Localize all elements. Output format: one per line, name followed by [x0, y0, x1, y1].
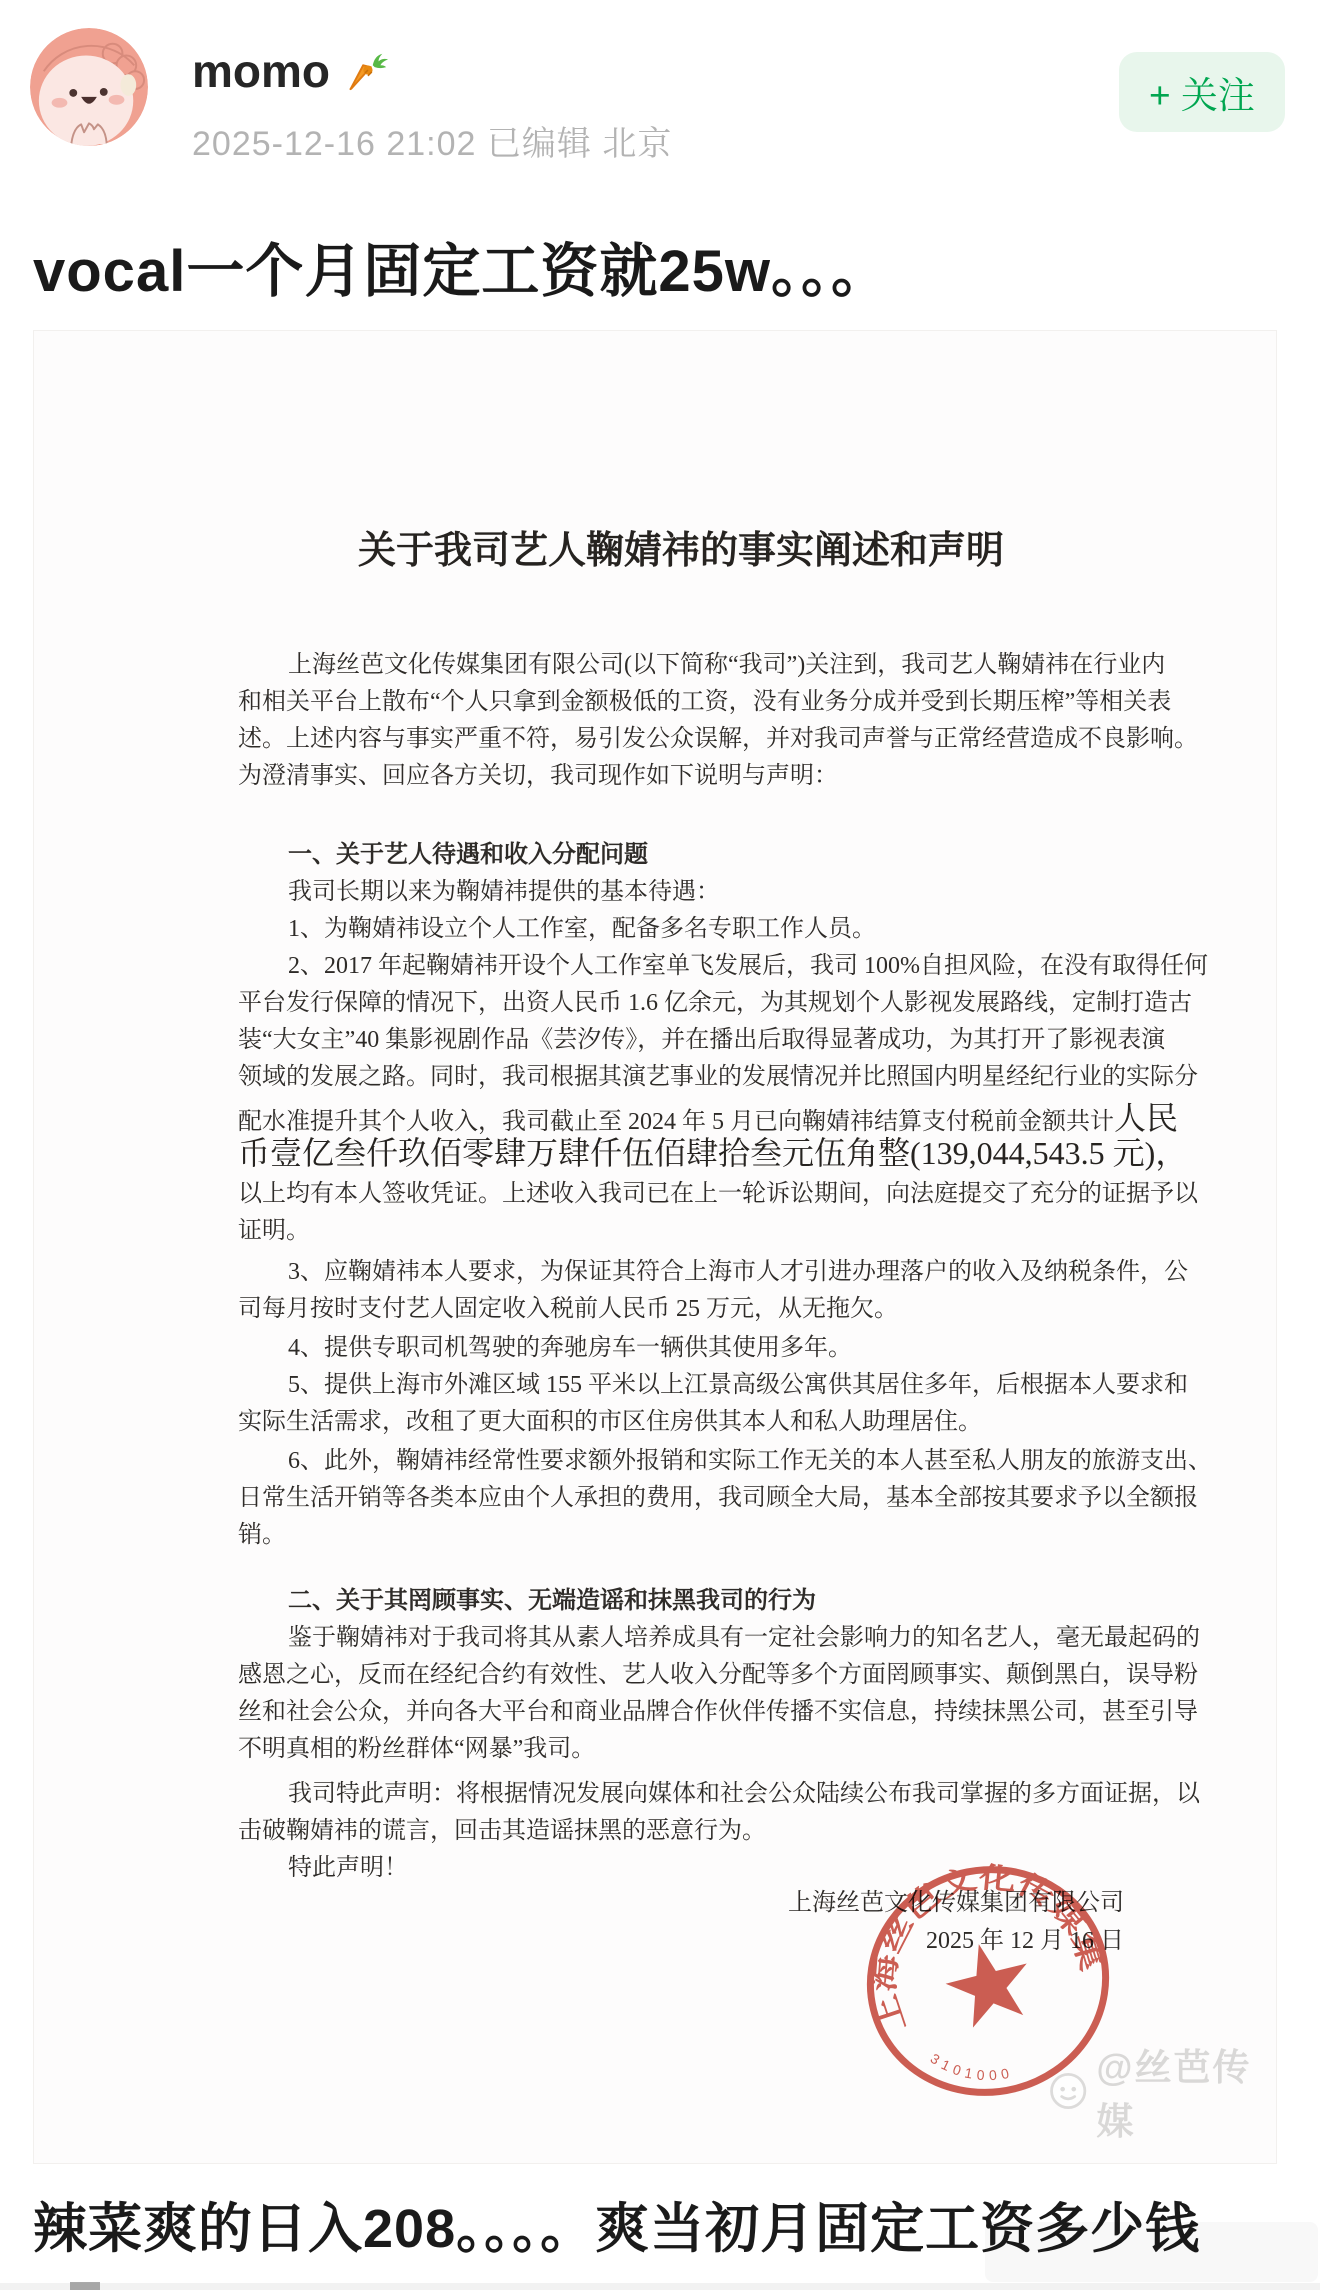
faded-watermark-ghost — [985, 2222, 1318, 2282]
doc-line: 4、提供专职司机驾驶的奔驰房车一辆供其使用多年。 — [238, 1336, 1124, 1360]
watermark-text: @丝芭传媒 — [1096, 2037, 1276, 2145]
seal-star — [938, 1934, 1038, 2031]
doc-line-emphasis: 人民 — [1114, 1100, 1178, 1136]
weibo-post-page: momo 2025-12-16 21:02 已编辑 北京 + 关注 vocal一… — [0, 0, 1320, 2290]
doc-line: 以上均有本人签收凭证。上述收入我司已在上一轮诉讼期间，向法庭提交了充分的证据予以 — [238, 1182, 1124, 1206]
post-title: vocal一个月固定工资就25w。。。 — [33, 224, 890, 308]
doc-line: 司每月按时支付艺人固定收入税前人民币 25 万元，从无拖欠。 — [238, 1297, 1124, 1321]
follow-button[interactable]: + 关注 — [1119, 52, 1285, 132]
doc-line: 击破鞠婧祎的谎言，回击其造谣抹黑的恶意行为。 — [238, 1819, 1124, 1843]
doc-line: 销。 — [238, 1523, 1124, 1547]
doc-line: 上海丝芭文化传媒集团有限公司(以下简称“我司”)关注到，我司艺人鞠婧祎在行业内 — [238, 653, 1124, 677]
carrot-emoji-icon — [344, 48, 390, 94]
doc-line: 6、此外，鞠婧祎经常性要求额外报销和实际工作无关的本人甚至私人朋友的旅游支出、 — [238, 1449, 1124, 1473]
doc-line: 3、应鞠婧祎本人要求，为保证其符合上海市人才引进办理落户的收入及纳税条件，公 — [238, 1260, 1124, 1284]
watermark: @丝芭传媒 — [1046, 2037, 1276, 2145]
doc-line: 和相关平台上散布“个人只拿到金额极低的工资，没有业务分成并受到长期压榨”等相关表 — [238, 690, 1124, 714]
doc-line: 1、为鞠婧祎设立个人工作室，配备多名专职工作人员。 — [238, 917, 1124, 941]
username-text: momo — [192, 44, 330, 98]
next-row-cutoff-mark — [70, 2282, 100, 2290]
timestamp: 2025-12-16 21:02 已编辑 北京 — [192, 116, 672, 165]
doc-line: 我司长期以来为鞠婧祎提供的基本待遇： — [238, 880, 1124, 904]
doc-line: 二、关于其罔顾事实、无端造谣和抹黑我司的行为 — [238, 1589, 1124, 1613]
doc-line: 日常生活开销等各类本应由个人承担的费用，我司顾全大局，基本全部按其要求予以全额报 — [238, 1486, 1124, 1510]
statement-document-image[interactable]: 关于我司艺人鞠婧祎的事实阐述和声明 上海丝芭文化传媒集团有限公司(以下简称“我司… — [33, 330, 1277, 2164]
doc-line: 5、提供上海市外滩区域 155 平米以上江景高级公寓供其居住多年，后根据本人要求… — [238, 1373, 1124, 1397]
next-row-cutoff — [0, 2283, 1320, 2290]
doc-line: 装“大女主”40 集影视剧作品《芸汐传》，并在播出后取得显著成功，为其打开了影视… — [238, 1028, 1124, 1052]
doc-line: 配水准提升其个人收入，我司截止至 2024 年 5 月已向鞠婧祎结算支付税前金额… — [238, 1102, 1124, 1134]
doc-line: 为澄清事实、回应各方关切，我司现作如下说明与声明： — [238, 764, 1124, 788]
svg-text:上海丝芭文化传媒集团有限公司: 上海丝芭文化传媒集团有限公司 — [856, 1859, 1112, 2044]
doc-line: 述。上述内容与事实严重不符，易引发公众误解，并对我司声誉与正常经营造成不良影响。 — [238, 727, 1124, 751]
avatar-illustration — [30, 28, 148, 146]
doc-line: 我司特此声明：将根据情况发展向媒体和社会公众陆续公布我司掌握的多方面证据，以 — [238, 1782, 1124, 1806]
doc-line: 鉴于鞠婧祎对于我司将其从素人培养成具有一定社会影响力的知名艺人，毫无最起码的 — [238, 1626, 1124, 1650]
doc-line: 领域的发展之路。同时，我司根据其演艺事业的发展情况并比照国内明星经纪行业的实际分 — [238, 1065, 1124, 1089]
doc-line: 一、关于艺人待遇和收入分配问题 — [238, 843, 1124, 867]
document-heading: 关于我司艺人鞠婧祎的事实阐述和声明 — [238, 519, 1124, 574]
doc-line: 平台发行保障的情况下，出资人民币 1.6 亿余元，为其规划个人影视发展路线，定制… — [238, 991, 1124, 1015]
doc-line: 丝和社会公众，并向各大平台和商业品牌合作伙伴传播不实信息，持续抹黑公司，甚至引导 — [238, 1700, 1124, 1724]
doc-line: 证明。 — [238, 1219, 1124, 1243]
doc-line: 币壹亿叁仟玖佰零肆万肆仟伍佰肆拾叁元伍角整(139,044,543.5 元)， — [238, 1137, 1124, 1169]
doc-line: 不明真相的粉丝群体“网暴”我司。 — [238, 1737, 1124, 1761]
doc-line: 2、2017 年起鞠婧祎开设个人工作室单飞发展后，我司 100%自担风险，在没有… — [238, 954, 1124, 978]
doc-line: 感恩之心，反而在经纪合约有效性、艺人收入分配等多个方面罔顾事实、颠倒黑白，误导粉 — [238, 1663, 1124, 1687]
seal-arc-text: 上海丝芭文化传媒集团有限公司 — [856, 1859, 1112, 2044]
username[interactable]: momo — [192, 44, 390, 98]
doc-line: 实际生活需求，改租了更大面积的市区住房供其本人和私人助理居住。 — [238, 1410, 1124, 1434]
avatar[interactable] — [30, 28, 148, 146]
watermark-mascot-icon — [1046, 2067, 1090, 2115]
